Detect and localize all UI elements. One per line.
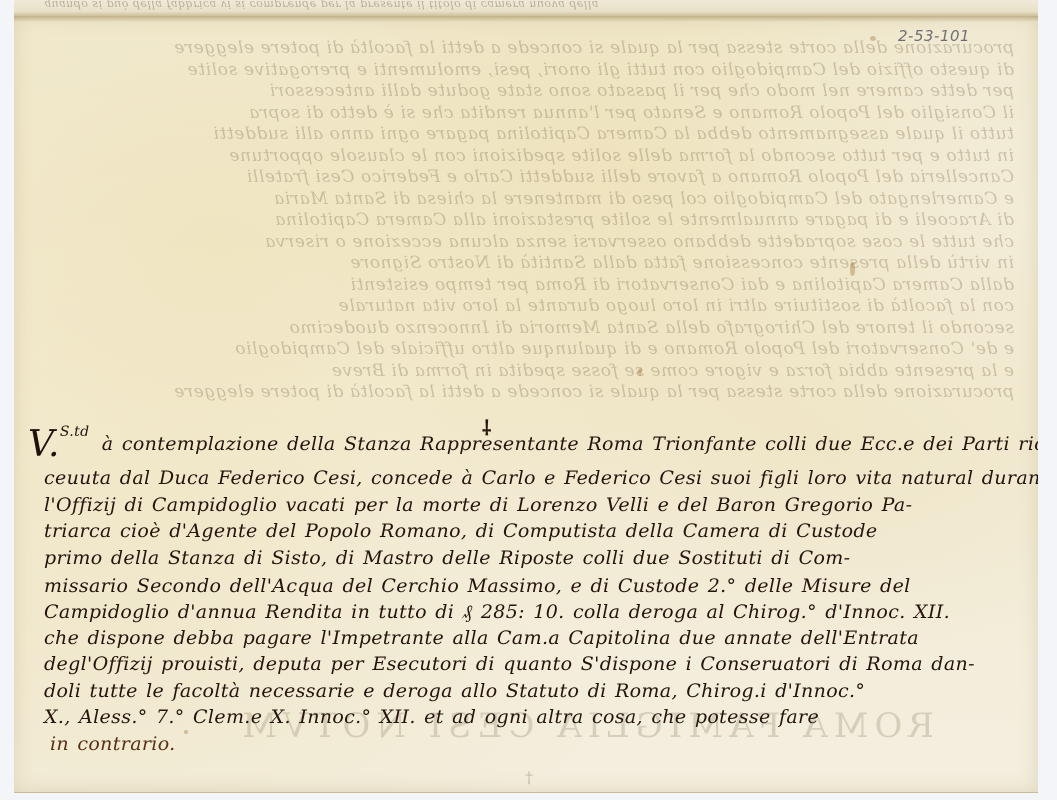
manuscript-line-4: triarca cioè d'Agente del Popolo Romano,… bbox=[44, 520, 878, 542]
manuscript-sheet: procurazione della corte stessa per la q… bbox=[14, 16, 1038, 793]
manuscript-line-8: che dispone debba pagare l'Impetrante al… bbox=[44, 627, 919, 649]
initial-abbreviation: S.td bbox=[60, 424, 90, 440]
scan-canvas: quando si può della fabbrica vi si compr… bbox=[0, 0, 1057, 800]
manuscript-line-2: ceuuta dal Duca Federico Cesi, concede à… bbox=[44, 467, 1038, 489]
manuscript-line-3: l'Offizij di Campidoglio vacati per la m… bbox=[44, 494, 912, 516]
initial-abbrev-text: S. bbox=[60, 424, 74, 440]
folded-top-edge: quando si può della fabbrica vi si compr… bbox=[14, 0, 1038, 17]
manuscript-line-10: doli tutte le facoltà necessarie e derog… bbox=[44, 680, 865, 702]
line-text: à contemplazione della Stanza Rappresent… bbox=[102, 433, 1038, 455]
manuscript-line-12: in contrario. bbox=[50, 733, 176, 755]
manuscript-line-7: Campidoglio d'annua Rendita in tutto di … bbox=[44, 601, 950, 624]
manuscript-line-6: missario Secondo dell'Acqua del Cerchio … bbox=[44, 575, 911, 597]
manuscript-line-5: primo della Stanza di Sisto, di Mastro d… bbox=[44, 547, 850, 569]
top-edge-ghost-text: quando si può della fabbrica vi si compr… bbox=[44, 0, 599, 11]
manuscript-text: V.S.td à contemplazione della Stanza Rap… bbox=[14, 16, 1038, 792]
initial-superscript: td bbox=[74, 424, 89, 440]
manuscript-line-1: V.S.td à contemplazione della Stanza Rap… bbox=[28, 424, 1038, 463]
manuscript-line-9: degl'Offizij prouisti, deputa per Esecut… bbox=[44, 653, 975, 675]
manuscript-line-11: X., Aless.° 7.° Clem.e X. Innoc.° XII. e… bbox=[44, 706, 819, 728]
decorated-initial: V. bbox=[28, 424, 60, 465]
